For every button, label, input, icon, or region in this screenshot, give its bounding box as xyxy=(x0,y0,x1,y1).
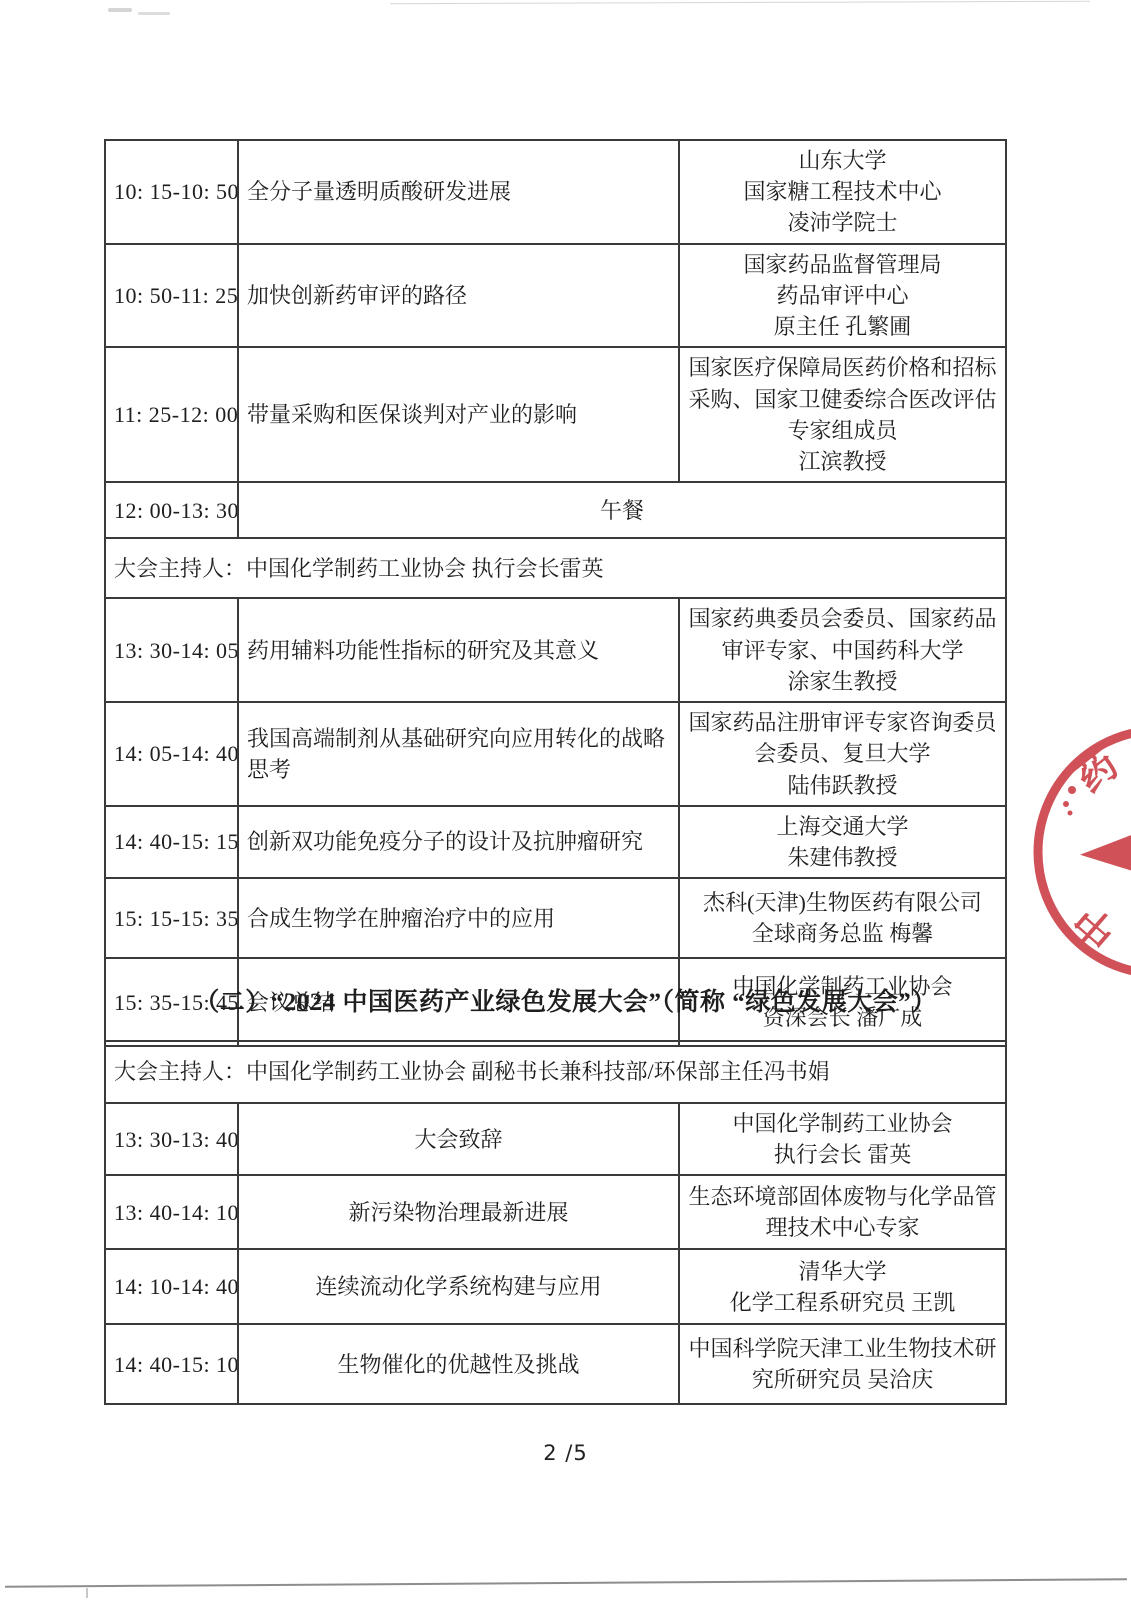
speaker-cell: 杰科(天津)生物医药有限公司 全球商务总监 梅馨 xyxy=(679,878,1006,958)
speaker-line: 原主任 孔繁圃 xyxy=(688,311,997,342)
speaker-cell: 国家药品注册审评专家咨询委员会委员、复旦大学 陆伟跃教授 xyxy=(679,702,1006,806)
topic-cell: 合成生物学在肿瘤治疗中的应用 xyxy=(238,878,679,958)
speaker-cell: 国家医疗保障局医药价格和招标采购、国家卫健委综合医改评估专家组成员 江滨教授 xyxy=(679,347,1006,482)
host-cell: 大会主持人：中国化学制药工业协会 副秘书长兼科技部/环保部主任冯书娟 xyxy=(105,1041,1006,1103)
speaker-line: 杰科(天津)生物医药有限公司 xyxy=(688,887,997,918)
time-cell: 14: 05-14: 40 xyxy=(105,702,238,806)
speaker-cell: 国家药典委员会委员、国家药品审评专家、中国药科大学 涂家生教授 xyxy=(679,598,1006,702)
red-seal-stamp: 药 中 xyxy=(1030,682,1131,1022)
time-cell: 14: 40-15: 15 xyxy=(105,806,238,878)
time-cell: 10: 50-11: 25 xyxy=(105,244,238,348)
topic-cell: 加快创新药审评的路径 xyxy=(238,244,679,348)
section-title: （二）“2024 中国医药产业绿色发展大会”（简称 “绿色发展大会”） xyxy=(0,982,1131,1018)
speaker-line: 执行会长 雷英 xyxy=(688,1139,997,1170)
speaker-line: 生态环境部固体废物与化学品管理技术中心专家 xyxy=(688,1181,997,1243)
scan-artifact-top-line xyxy=(390,1,1090,4)
time-cell: 10: 15-10: 50 xyxy=(105,140,238,244)
seal-char: 药 xyxy=(1067,741,1126,801)
speaker-cell: 国家药品监督管理局 药品审评中心 原主任 孔繁圃 xyxy=(679,244,1006,348)
speaker-line: 药品审评中心 xyxy=(688,280,997,311)
page-number: 2 /5 xyxy=(0,1441,1131,1465)
lunch-cell: 午餐 xyxy=(238,482,1006,538)
speaker-line: 凌沛学院士 xyxy=(688,207,997,238)
topic-cell: 带量采购和医保谈判对产业的影响 xyxy=(238,347,679,482)
seal-speck xyxy=(1063,801,1069,807)
time-cell: 13: 30-14: 05 xyxy=(105,598,238,702)
agenda-row: 10: 15-10: 50 全分子量透明质酸研发进展 山东大学 国家糖工程技术中… xyxy=(105,140,1006,244)
speaker-line: 国家药品注册审评专家咨询委员会委员、复旦大学 xyxy=(688,707,997,769)
time-cell: 14: 40-15: 10 xyxy=(105,1324,238,1404)
scanned-agenda-page: { "page": { "number_label": "2 /5" }, "s… xyxy=(0,0,1131,1600)
agenda-row: 10: 50-11: 25 加快创新药审评的路径 国家药品监督管理局 药品审评中… xyxy=(105,244,1006,348)
speaker-cell: 清华大学 化学工程系研究员 王凯 xyxy=(679,1249,1006,1324)
agenda-row: 14: 10-14: 40 连续流动化学系统构建与应用 清华大学 化学工程系研究… xyxy=(105,1249,1006,1324)
topic-cell: 连续流动化学系统构建与应用 xyxy=(238,1249,679,1324)
speaker-cell: 上海交通大学 朱建伟教授 xyxy=(679,806,1006,878)
agenda-table-2: 大会主持人：中国化学制药工业协会 副秘书长兼科技部/环保部主任冯书娟 13: 3… xyxy=(104,1040,1007,1405)
speaker-cell: 生态环境部固体废物与化学品管理技术中心专家 xyxy=(679,1175,1006,1249)
agenda-row: 14: 40-15: 15 创新双功能免疫分子的设计及抗肿瘤研究 上海交通大学 … xyxy=(105,806,1006,878)
topic-cell: 生物催化的优越性及挑战 xyxy=(238,1324,679,1404)
agenda-row: 14: 05-14: 40 我国高端制剂从基础研究向应用转化的战略思考 国家药品… xyxy=(105,702,1006,806)
agenda-row: 11: 25-12: 00 带量采购和医保谈判对产业的影响 国家医疗保障局医药价… xyxy=(105,347,1006,482)
time-cell: 12: 00-13: 30 xyxy=(105,482,238,538)
speaker-line: 中国化学制药工业协会 xyxy=(688,1108,997,1139)
seal-speck xyxy=(1068,786,1076,794)
time-cell: 11: 25-12: 00 xyxy=(105,347,238,482)
speaker-cell: 中国化学制药工业协会 执行会长 雷英 xyxy=(679,1103,1006,1175)
topic-cell: 药用辅料功能性指标的研究及其意义 xyxy=(238,598,679,702)
time-cell: 13: 30-13: 40 xyxy=(105,1103,238,1175)
scan-artifact-bottom-line xyxy=(5,1578,1127,1587)
speaker-line: 国家药典委员会委员、国家药品审评专家、中国药科大学 xyxy=(688,603,997,665)
agenda-table-1: 10: 15-10: 50 全分子量透明质酸研发进展 山东大学 国家糖工程技术中… xyxy=(104,139,1007,1047)
speaker-line: 清华大学 xyxy=(688,1256,997,1287)
speaker-line: 国家药品监督管理局 xyxy=(688,249,997,280)
topic-cell: 新污染物治理最新进展 xyxy=(238,1175,679,1249)
topic-cell: 我国高端制剂从基础研究向应用转化的战略思考 xyxy=(238,702,679,806)
speaker-line: 化学工程系研究员 王凯 xyxy=(688,1287,997,1318)
agenda-row: 14: 40-15: 10 生物催化的优越性及挑战 中国科学院天津工业生物技术研… xyxy=(105,1324,1006,1404)
host-cell: 大会主持人：中国化学制药工业协会 执行会长雷英 xyxy=(105,538,1006,598)
agenda-row: 13: 40-14: 10 新污染物治理最新进展 生态环境部固体废物与化学品管理… xyxy=(105,1175,1006,1249)
host-row: 大会主持人：中国化学制药工业协会 执行会长雷英 xyxy=(105,538,1006,598)
speaker-line: 涂家生教授 xyxy=(688,666,997,697)
agenda-row: 15: 15-15: 35 合成生物学在肿瘤治疗中的应用 杰科(天津)生物医药有… xyxy=(105,878,1006,958)
topic-cell: 全分子量透明质酸研发进展 xyxy=(238,140,679,244)
topic-cell: 创新双功能免疫分子的设计及抗肿瘤研究 xyxy=(238,806,679,878)
agenda-row: 13: 30-14: 05 药用辅料功能性指标的研究及其意义 国家药典委员会委员… xyxy=(105,598,1006,702)
host-row: 大会主持人：中国化学制药工业协会 副秘书长兼科技部/环保部主任冯书娟 xyxy=(105,1041,1006,1103)
speaker-line: 国家医疗保障局医药价格和招标采购、国家卫健委综合医改评估专家组成员 xyxy=(688,352,997,446)
scan-artifact-smudge xyxy=(108,8,132,12)
speaker-line: 陆伟跃教授 xyxy=(688,770,997,801)
speaker-line: 中国科学院天津工业生物技术研究所研究员 吴洽庆 xyxy=(688,1333,997,1395)
speaker-line: 上海交通大学 xyxy=(688,811,997,842)
speaker-line: 朱建伟教授 xyxy=(688,842,997,873)
speaker-cell: 山东大学 国家糖工程技术中心 凌沛学院士 xyxy=(679,140,1006,244)
topic-cell: 大会致辞 xyxy=(238,1103,679,1175)
speaker-line: 山东大学 xyxy=(688,145,997,176)
seal-char: 中 xyxy=(1065,897,1125,957)
speaker-line: 全球商务总监 梅馨 xyxy=(688,918,997,949)
seal-speck xyxy=(1068,811,1073,816)
time-cell: 14: 10-14: 40 xyxy=(105,1249,238,1324)
agenda-row: 13: 30-13: 40 大会致辞 中国化学制药工业协会 执行会长 雷英 xyxy=(105,1103,1006,1175)
time-cell: 13: 40-14: 10 xyxy=(105,1175,238,1249)
speaker-cell: 中国科学院天津工业生物技术研究所研究员 吴洽庆 xyxy=(679,1324,1006,1404)
speaker-line: 国家糖工程技术中心 xyxy=(688,176,997,207)
time-cell: 15: 15-15: 35 xyxy=(105,878,238,958)
speaker-line: 江滨教授 xyxy=(688,446,997,477)
scan-artifact-smudge xyxy=(138,12,170,15)
scan-artifact-tick xyxy=(86,1588,88,1598)
lunch-row: 12: 00-13: 30 午餐 xyxy=(105,482,1006,538)
